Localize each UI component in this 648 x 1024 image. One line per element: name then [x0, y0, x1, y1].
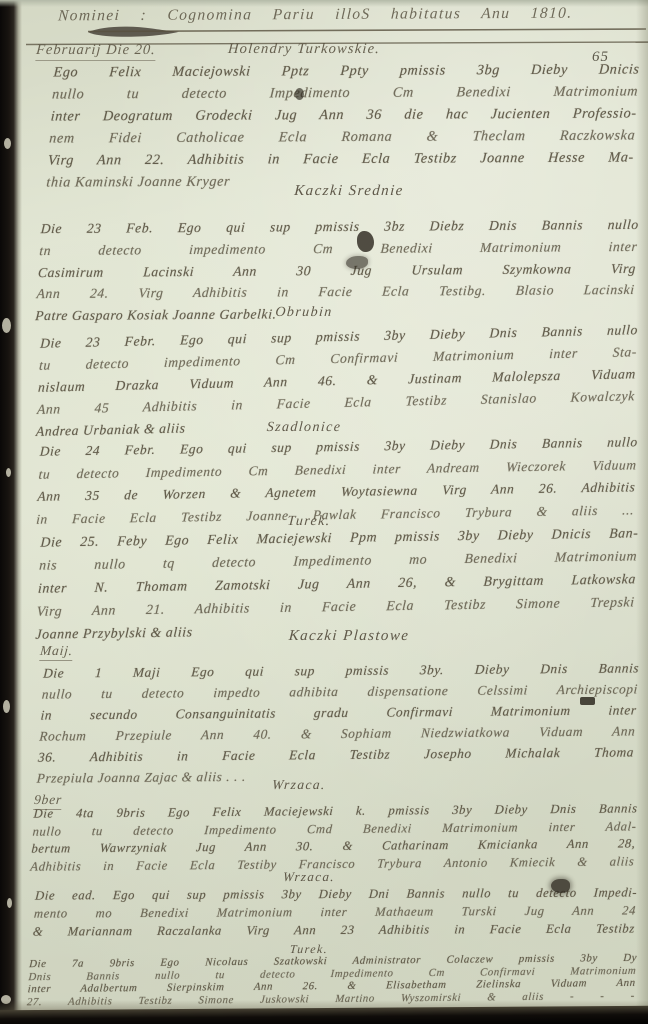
place-heading-holendry: Holendry Turkowskie. [227, 41, 380, 58]
ink-blot [551, 879, 570, 893]
record-entry: Die 4ta 9bris Ego Felix Maciejewski k. p… [30, 800, 638, 876]
place-heading: Wrzaca. [0, 869, 634, 885]
record-entry: Die 1 Maji Ego qui sup pmissis 3by. Dieb… [36, 657, 640, 788]
record-line: Ego Felix Maciejowski Pptz Ppty pmissis … [53, 58, 640, 83]
record-line: & Mariannam Raczalanka Virg Ann 23 Adhib… [32, 919, 635, 940]
ink-blot [346, 256, 368, 269]
place-heading: Kaczki Plastowe [24, 628, 648, 645]
page-top-shadow [0, 0, 648, 7]
record-entry: Die ead. Ego qui sup pmissis 3by Dieby D… [32, 883, 637, 940]
margin-month-label: Maij. [39, 643, 73, 661]
place-heading: Wrzaca. [0, 777, 624, 793]
record-line: nullo tu detecto Impedimento Cm Benedixi… [51, 80, 638, 105]
record-line: inter Deogratum Grodecki Jug Ann 36 die … [50, 102, 637, 127]
record-line: Virg Ann 22. Adhibitis in Facie Ecla Tes… [47, 146, 634, 171]
place-heading: Kaczki Srednie [24, 183, 648, 200]
book-binding-edge [0, 0, 22, 1024]
page-title: Nominei : Cognomina Pariu illoS habitatu… [58, 5, 573, 26]
ink-blot [357, 231, 374, 252]
place-heading: Obrubin [0, 305, 629, 321]
page-right-shadow [636, 0, 648, 1024]
torn-paper-speck [6, 468, 11, 477]
torn-paper-speck [4, 138, 11, 149]
ink-blot [295, 88, 304, 100]
ink-blot [580, 697, 595, 705]
register-page-scan: Nominei : Cognomina Pariu illoS habitatu… [0, 0, 648, 1024]
date-label: Februarij Die 20. [35, 42, 156, 61]
record-line: nem Fidei Catholicae Ecla Romana & Thecl… [49, 124, 636, 149]
record-entry: Ego Felix Maciejowski Pptz Ppty pmissis … [46, 58, 641, 193]
torn-paper-speck [7, 898, 12, 908]
torn-paper-speck [2, 318, 11, 333]
torn-paper-speck [3, 700, 10, 713]
